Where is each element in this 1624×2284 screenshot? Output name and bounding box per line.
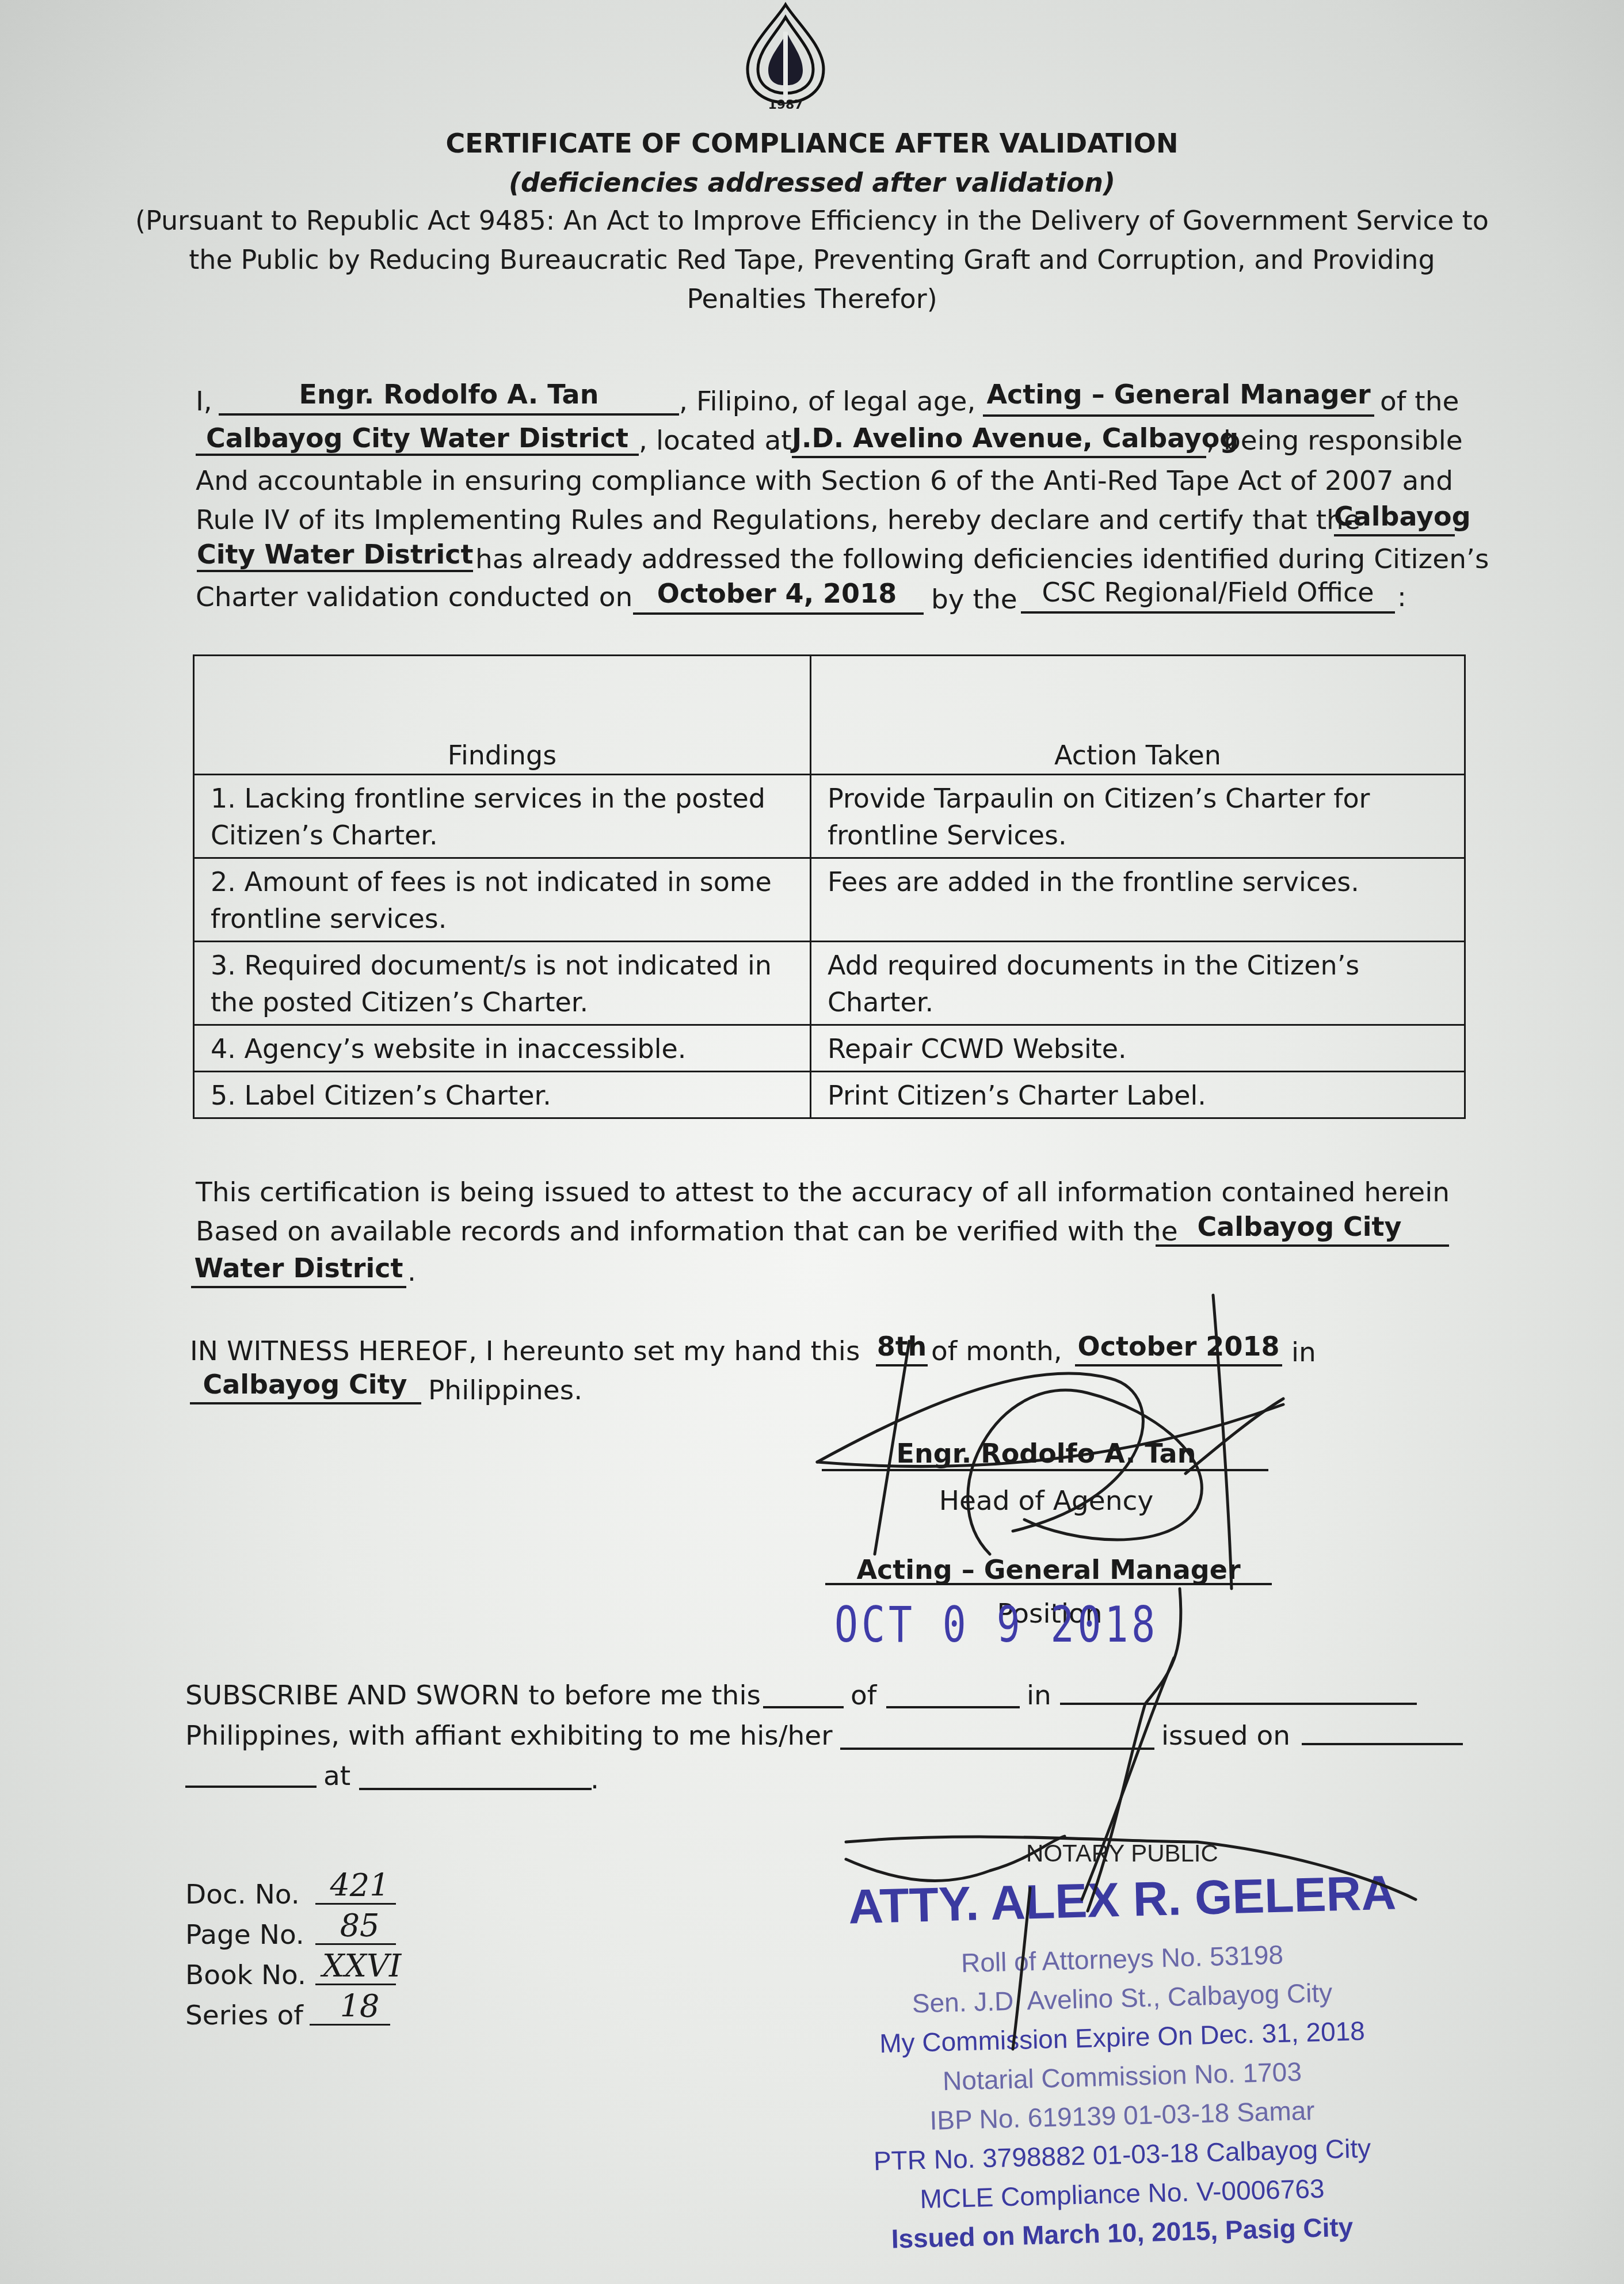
certification-text: This certification is being issued to at… bbox=[196, 1177, 1450, 1208]
register-value: 85 bbox=[322, 1908, 397, 1944]
signatory-name: Engr. Rodolfo A. Tan bbox=[822, 1438, 1271, 1469]
text: Charter validation conducted on bbox=[196, 581, 632, 613]
witness-city-field: Calbayog City bbox=[190, 1369, 420, 1400]
witness-day-field: 8th bbox=[876, 1331, 928, 1362]
text: And accountable in ensuring compliance w… bbox=[196, 465, 1453, 497]
text: has already addressed the following defi… bbox=[475, 543, 1489, 575]
table-row: 5. Label Citizen’s Charter.Print Citizen… bbox=[194, 1072, 1465, 1118]
table-header-row: Findings Action Taken bbox=[194, 656, 1465, 775]
finding-cell: 3. Required document/s is not indicated … bbox=[194, 942, 811, 1025]
validator-field: CSC Regional/Field Office bbox=[1021, 577, 1395, 608]
notary-stamp-line: MCLE Compliance No. V-0006763 bbox=[817, 2170, 1427, 2217]
pursuant-line: Penalties Therefor) bbox=[0, 283, 1624, 314]
action-taken-cell: Repair CCWD Website. bbox=[811, 1025, 1465, 1072]
register-value: 18 bbox=[322, 1988, 397, 2024]
signatory-name-label: Head of Agency bbox=[822, 1485, 1271, 1517]
document-title: CERTIFICATE OF COMPLIANCE AFTER VALIDATI… bbox=[0, 128, 1624, 159]
action-taken-cell: Add required documents in the Citizen’s … bbox=[811, 942, 1465, 1025]
register-value: XXVI bbox=[322, 1948, 397, 1984]
jurat-text: . bbox=[590, 1764, 599, 1795]
notary-stamp-line: IBP No. 619139 01-03-18 Samar bbox=[817, 2092, 1427, 2139]
jurat-text: in bbox=[1027, 1680, 1051, 1711]
register-label: Page No. bbox=[185, 1919, 304, 1951]
finding-cell: 4. Agency’s website in inaccessible. bbox=[194, 1025, 811, 1072]
notary-name: ATTY. ALEX R. GELERA bbox=[817, 1864, 1428, 1936]
certification-text: Based on available records and informati… bbox=[196, 1216, 1178, 1247]
witness-text: of month, bbox=[931, 1335, 1062, 1367]
action-taken-cell: Print Citizen’s Charter Label. bbox=[811, 1072, 1465, 1118]
register-label: Series of bbox=[185, 2000, 303, 2031]
notary-stamp-line: Roll of Attorneys No. 53198 bbox=[817, 1935, 1427, 1982]
column-header-action-taken: Action Taken bbox=[811, 656, 1465, 775]
document-subtitle: (deficiencies addressed after validation… bbox=[0, 167, 1624, 198]
jurat-text: issued on bbox=[1161, 1720, 1290, 1752]
text: , being responsible bbox=[1206, 425, 1463, 456]
notary-stamp-line: Notarial Commission No. 1703 bbox=[817, 2053, 1427, 2100]
notary-public-label: NOTARY PUBLIC bbox=[921, 1840, 1324, 1867]
finding-cell: 1. Lacking frontline services in the pos… bbox=[194, 775, 811, 858]
table-row: 1. Lacking frontline services in the pos… bbox=[194, 775, 1465, 858]
finding-cell: 2. Amount of fees is not indicated in so… bbox=[194, 858, 811, 942]
pursuant-line: the Public by Reducing Bureaucratic Red … bbox=[0, 244, 1624, 275]
text-prefix: I, bbox=[196, 386, 212, 417]
text: of the bbox=[1380, 386, 1459, 417]
text: Rule IV of its Implementing Rules and Re… bbox=[196, 504, 1360, 536]
jurat-text: at bbox=[323, 1760, 350, 1792]
text: . bbox=[407, 1256, 416, 1288]
text: : bbox=[1397, 581, 1406, 613]
address-field: J.D. Avelino Avenue, Calbayog bbox=[792, 422, 1206, 454]
finding-cell: 5. Label Citizen’s Charter. bbox=[194, 1072, 811, 1118]
signatory-position: Acting – General Manager bbox=[825, 1554, 1272, 1585]
jurat-text: Philippines, with affiant exhibiting to … bbox=[185, 1720, 833, 1752]
pursuant-line: (Pursuant to Republic Act 9485: An Act t… bbox=[0, 205, 1624, 236]
witness-month-year-field: October 2018 bbox=[1075, 1331, 1282, 1362]
validation-date-field: October 4, 2018 bbox=[633, 578, 921, 609]
notary-stamp-line: Sen. J.D. Avelino St., Calbayog City bbox=[817, 1974, 1427, 2022]
register-label: Doc. No. bbox=[185, 1879, 300, 1910]
jurat-text: of bbox=[851, 1680, 876, 1711]
text: , located at bbox=[639, 425, 792, 456]
action-taken-cell: Provide Tarpaulin on Citizen’s Charter f… bbox=[811, 775, 1465, 858]
notary-stamp-line: PTR No. 3798882 01-03-18 Calbayog City bbox=[817, 2131, 1427, 2178]
declarant-position-field: Acting – General Manager bbox=[983, 379, 1374, 410]
verifying-entity-part1: Calbayog City bbox=[1156, 1211, 1443, 1242]
agency-field-part2: City Water District bbox=[197, 539, 467, 570]
agency-field: Calbayog City Water District bbox=[196, 422, 639, 454]
witness-text: IN WITNESS HEREOF, I hereunto set my han… bbox=[190, 1335, 860, 1367]
witness-text: Philippines. bbox=[428, 1375, 582, 1406]
declarant-name-field: Engr. Rodolfo A. Tan bbox=[219, 379, 679, 410]
action-taken-cell: Fees are added in the frontline services… bbox=[811, 858, 1465, 942]
witness-text: in bbox=[1291, 1337, 1316, 1368]
column-header-findings: Findings bbox=[194, 656, 811, 775]
agency-field-part1: Calbayog bbox=[1334, 501, 1466, 532]
received-date-stamp: OCT 0 9 2018 bbox=[834, 1597, 1158, 1654]
verifying-entity-part2: Water District bbox=[191, 1253, 406, 1284]
findings-table: Findings Action Taken 1. Lacking frontli… bbox=[193, 654, 1466, 1119]
register-label: Book No. bbox=[185, 1959, 306, 1991]
text: by the bbox=[931, 584, 1017, 615]
table-row: 4. Agency’s website in inaccessible.Repa… bbox=[194, 1025, 1465, 1072]
text: , Filipino, of legal age, bbox=[679, 386, 975, 417]
notary-stamp-line: My Commission Expire On Dec. 31, 2018 bbox=[817, 2013, 1427, 2061]
table-row: 3. Required document/s is not indicated … bbox=[194, 942, 1465, 1025]
notary-stamp-line: Issued on March 10, 2015, Pasig City bbox=[817, 2209, 1427, 2256]
jurat-text: SUBSCRIBE AND SWORN to before me this bbox=[185, 1680, 761, 1711]
register-value: 421 bbox=[322, 1867, 397, 1904]
table-row: 2. Amount of fees is not indicated in so… bbox=[194, 858, 1465, 942]
logo-year: 1987 bbox=[765, 98, 806, 112]
